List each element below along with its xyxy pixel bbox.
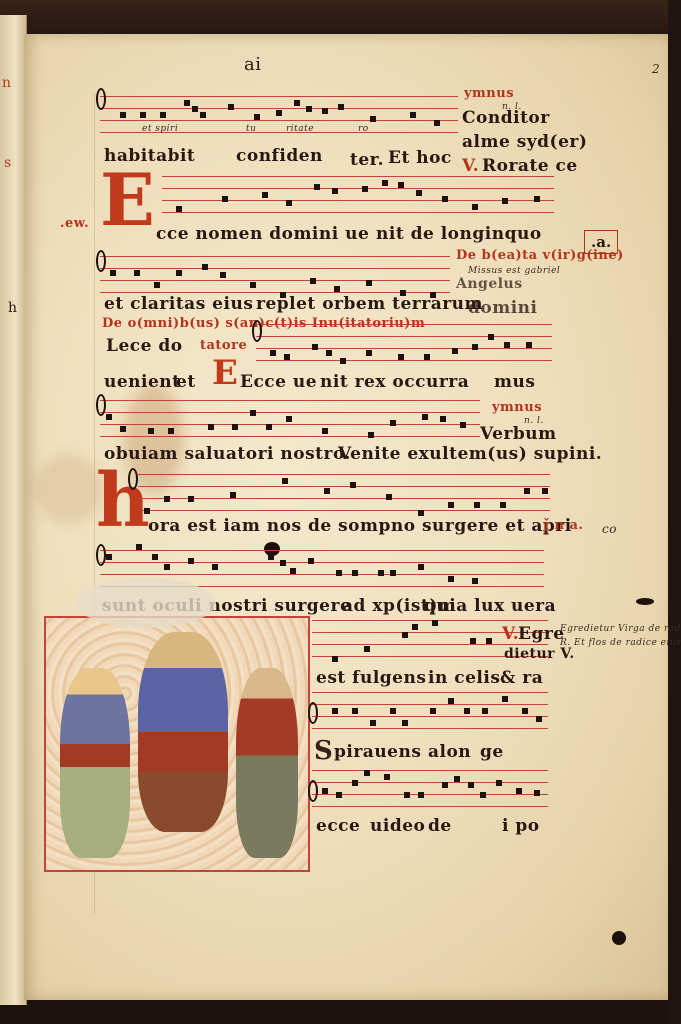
chant-text: & ra xyxy=(500,668,543,688)
antiphon-incipit: Angelus xyxy=(456,276,523,292)
ink-blot xyxy=(636,598,654,605)
c-clef-icon xyxy=(128,468,138,490)
chant-text: in celis. xyxy=(428,668,507,688)
kneeling-figure-left xyxy=(60,668,130,858)
chant-text: mus xyxy=(494,372,535,392)
versicle-text: Egre xyxy=(518,624,565,644)
chant-text: et xyxy=(176,372,196,392)
c-clef-icon xyxy=(96,544,106,566)
chant-text: domini xyxy=(468,298,538,318)
chant-text: replet orbem terrarum xyxy=(256,294,483,314)
chant-text: nit rex occurra xyxy=(320,372,469,392)
margin-rubric: .ew. xyxy=(60,216,89,231)
versicle-mark: V. xyxy=(462,156,479,176)
chant-text: confiden xyxy=(236,146,323,166)
chant-text: tatore xyxy=(200,338,247,353)
chant-text: est fulgens xyxy=(316,668,426,688)
red-initial-E: E xyxy=(212,356,238,390)
prev-page-fragment: s xyxy=(4,155,11,171)
chant-text: alon xyxy=(428,742,471,762)
manuscript-page: ai 2 et spiri tu ritate ro ymnus n. l. C… xyxy=(24,34,668,1000)
rubric: ǰ n a. xyxy=(544,518,583,533)
lyric: ro xyxy=(358,124,369,134)
hymn-incipit: Verbum xyxy=(480,424,557,444)
chant-text: Lece do xyxy=(106,336,183,356)
wormhole xyxy=(612,931,626,945)
music-staff xyxy=(138,474,550,512)
c-clef-icon xyxy=(96,250,106,272)
rubric-hymnus: ymnus xyxy=(464,86,514,101)
chant-text: Venite exultem(us) supini. xyxy=(338,444,602,464)
c-clef-icon xyxy=(308,780,318,802)
music-staff xyxy=(312,770,548,808)
versicle-mark: V. xyxy=(502,624,519,644)
music-staff xyxy=(100,400,480,438)
prev-page-fragment: n xyxy=(2,75,11,91)
chant-text: uideo xyxy=(370,816,425,836)
chant-text: ecce xyxy=(316,816,360,836)
chant-text: de xyxy=(428,816,452,836)
chant-text: nit de longinquo xyxy=(376,224,542,244)
chant-text: i po xyxy=(502,816,540,836)
initial-S: S xyxy=(314,738,333,764)
marginal-annotation: R. Et flos de radice eius asc. xyxy=(560,638,681,648)
chant-text: ter. xyxy=(350,150,384,170)
corner-mark: 2 xyxy=(652,62,660,76)
rubric-hymnus: ymnus xyxy=(492,400,542,415)
music-staff xyxy=(256,324,552,362)
red-initial-E: E xyxy=(100,164,155,236)
folio-number: ai xyxy=(244,54,262,75)
chant-text: quia lux uera xyxy=(424,596,556,616)
chant-text: Ecce ue xyxy=(240,372,317,392)
hymn-incipit: alme syd(er) xyxy=(462,132,587,152)
c-clef-icon xyxy=(252,320,262,342)
chant-text: ge xyxy=(480,742,504,762)
lyric: tu xyxy=(246,124,256,134)
lyric: ritate xyxy=(286,124,314,134)
c-clef-icon xyxy=(96,394,106,416)
versicle-text: Rorate ce xyxy=(482,156,578,176)
c-clef-icon xyxy=(308,702,318,724)
marginal-note: co xyxy=(602,522,617,536)
chant-text: et claritas eius xyxy=(104,294,253,314)
marginal-annotation: Egredietur Virga de radice xyxy=(560,624,681,634)
music-staff xyxy=(100,256,450,294)
kneeling-figure-right xyxy=(236,668,298,858)
chant-text: pirauens xyxy=(334,742,421,762)
chant-text: ora est iam nos de sompno surgere et apr… xyxy=(148,516,572,536)
section-rubric: De b(ea)ta v(ir)g(ine) xyxy=(456,248,624,263)
music-staff xyxy=(312,692,548,730)
seated-figure-center xyxy=(138,632,228,832)
c-clef-icon xyxy=(96,88,106,110)
angel-wing xyxy=(76,578,216,628)
prev-page-fragment: h xyxy=(8,300,17,316)
chant-text: cce nomen domini ue xyxy=(156,224,369,244)
versicle-text: dietur V. xyxy=(504,646,575,662)
marginal-note: Missus est gabriel xyxy=(468,266,560,276)
background-right xyxy=(668,0,681,1024)
chant-text: uenient xyxy=(104,372,181,392)
music-staff xyxy=(162,176,554,214)
hymn-incipit: Conditor xyxy=(462,108,550,128)
lyric: et spiri xyxy=(142,124,178,134)
chant-text: Et hoc xyxy=(388,148,452,168)
historiated-initial-miniature xyxy=(44,616,310,872)
previous-page-edge: n h s xyxy=(0,15,27,1005)
